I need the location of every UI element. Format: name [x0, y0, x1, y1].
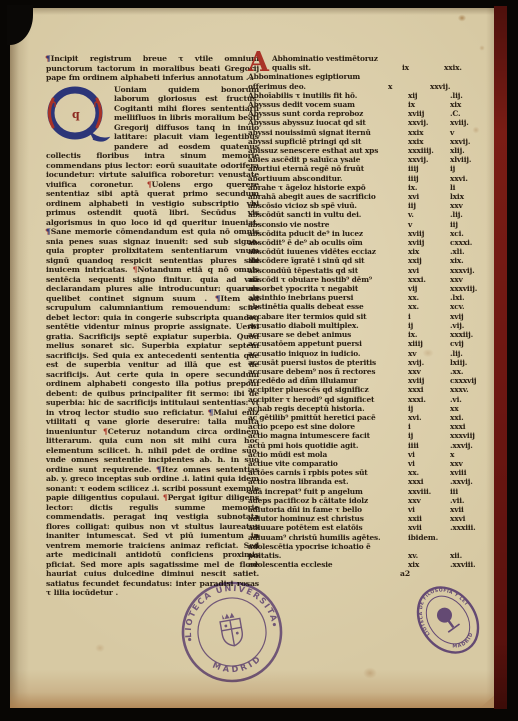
- entry-text: accusatio diaboli multiplex.: [248, 321, 406, 330]
- index-entry: adolescētia ypocrise ichoatio ē puitatis…: [248, 542, 500, 560]
- index-entry: accipiter τ herodi⁹ qd significetxxxi..v…: [248, 395, 500, 404]
- index-entry: actōes carnis ī rpbis potes sūtxx.xviii: [248, 468, 500, 477]
- entry-text: accusare se debet animus: [248, 330, 406, 339]
- index-entry: adeps pacificoz b cāitate idolzxxv.vii.: [248, 496, 500, 505]
- entry-book-number: xxii: [406, 514, 448, 523]
- index-entry: adiutor hominuz est christusxxiixxvi: [248, 514, 500, 523]
- entry-text: actio pcepo est sine dolore: [248, 422, 406, 431]
- index-entry: actio pcepo est sine doloreixxxi: [248, 422, 500, 431]
- entry-book-number: xviij: [406, 238, 448, 247]
- entry-text: Abyssus sunt corda reproboz: [248, 109, 406, 118]
- entry-text: Abyssus abyssuz iuocat qd sit: [248, 118, 406, 127]
- entry-book-number: iiii: [406, 441, 448, 450]
- index-entry: actio magna intumescere facitijxxxviij: [248, 431, 500, 440]
- entry-text: abscōdita pducit de⁹ in lucez: [248, 229, 406, 238]
- entry-book-number: xviij: [406, 229, 448, 238]
- entry-book-number: v: [406, 220, 448, 229]
- index-entry: accusāt puersi iustos de pteritisxvij.lx…: [248, 358, 500, 367]
- entry-text: adolescētia ypocrise ichoatio ē puitatis…: [248, 542, 406, 560]
- initial-q-guide-letter: q: [72, 108, 80, 121]
- entry-text: actū pmi hois quotidie agit.: [248, 441, 406, 450]
- entry-chapter-number: lxiij.: [448, 358, 500, 367]
- entry-text: actōes carnis ī rpbis potes sūt: [248, 468, 406, 477]
- entry-chapter-number: xviii: [448, 468, 500, 477]
- entry-chapter-number: xxv: [448, 275, 500, 284]
- entry-book-number: iiij: [406, 174, 448, 183]
- index-entry: Abhominatio vestimētoruz qualis sit.ixxx…: [248, 54, 500, 72]
- entry-book-number: xxvij.: [406, 118, 448, 127]
- entry-book-number: xx.: [406, 293, 448, 302]
- entry-text: absinthio inebrians puersi: [248, 293, 406, 302]
- entry-text: abissuz senescere esthat aut xps: [248, 146, 406, 155]
- incipit-heading-text: Incipit registrum breue τ vtile omnium p…: [46, 54, 259, 82]
- entry-text: absconsio vie nostre: [248, 220, 406, 229]
- entry-book-number: ibidem.: [406, 533, 448, 542]
- index-entry: accusatio diaboli multiplex.ij.vij.: [248, 321, 500, 330]
- index-entry: accusare se debet animusix.xxxiij.: [248, 330, 500, 339]
- entry-chapter-number: .vij.: [448, 321, 500, 330]
- entry-text: adiuuare potētem est elatōis: [248, 523, 406, 532]
- entry-chapter-number: xviij.: [448, 118, 500, 127]
- entry-text: accusatio iniquoz in iudicio.: [248, 349, 406, 358]
- entry-chapter-number: xxxviij: [448, 431, 500, 440]
- entry-book-number: ix.: [406, 183, 448, 192]
- entry-book-number: xxij: [406, 256, 448, 265]
- entry-chapter-number: xxxi: [448, 422, 500, 431]
- index-entry: adiuuare potētem est elatōisxvii.xxxiii.: [248, 523, 500, 532]
- entry-book-number: xvi.: [406, 413, 448, 422]
- index-entry: abscondūū tēpestatis qd sitxvixxxvij.: [248, 266, 500, 275]
- entry-chapter-number: cxxxvij: [448, 376, 500, 385]
- entry-chapter-number: lxix: [448, 192, 500, 201]
- entry-book-number: xxv: [406, 367, 448, 376]
- entry-text: actio nostra libranda est.: [248, 477, 406, 486]
- entry-chapter-number: xxxiij.: [448, 330, 500, 339]
- entry-chapter-number: xlij.: [448, 146, 500, 155]
- entry-book-number: vi: [406, 505, 448, 514]
- index-entry: abrahā abegit aues de sacrificioxvilxix: [248, 192, 500, 201]
- manuscript-page: ¶Incipit registrum breue τ vtile omnium …: [10, 8, 496, 708]
- entry-book-number: ix: [406, 100, 448, 109]
- entry-chapter-number: iii: [448, 487, 500, 496]
- entry-book-number: ix: [400, 63, 442, 72]
- entry-text: accabare iter termios quid sit: [248, 312, 406, 321]
- entry-chapter-number: x: [448, 450, 500, 459]
- entry-text: Abhominatio vestimētoruz qualis sit.: [248, 54, 400, 72]
- entry-text: abies ascēdit p saluīca ysaie: [248, 155, 406, 164]
- entry-text: adiuuam⁹ christū humilis agētes.: [248, 533, 406, 542]
- entry-text: abscondūū tēpestatis qd sit: [248, 266, 406, 275]
- index-entry: absinthio inebrians puersixx..lxi.: [248, 293, 500, 302]
- index-entry: abscōdūt sancti in vultu dei.v..lij.: [248, 210, 500, 219]
- entry-chapter-number: xix.: [448, 256, 500, 265]
- entry-book-number: xxvij.: [406, 155, 448, 164]
- entry-book-number: xxix: [406, 128, 448, 137]
- entry-chapter-number: .C.: [448, 109, 500, 118]
- entry-chapter-number: .lij.: [448, 91, 500, 100]
- entry-book-number: xxxi: [406, 385, 448, 394]
- book-fore-edge: [494, 6, 507, 709]
- index-entry: Abyssus sunt corda reprobozxviij.C.: [248, 109, 500, 118]
- entry-chapter-number: .vii.: [448, 496, 500, 505]
- entry-text: abrahā abegit aues de sacrificio: [248, 192, 406, 201]
- entry-book-number: vij: [406, 284, 448, 293]
- entry-chapter-number: .lij.: [448, 210, 500, 219]
- entry-book-number: xx.: [406, 302, 448, 311]
- entry-book-number: ij: [406, 321, 448, 330]
- index-entry: abortiuum absconditur.iiijxxvi.: [248, 174, 500, 183]
- entry-text: abyssi supficiē ptringi qd sit: [248, 137, 406, 146]
- entry-chapter-number: xxix.: [442, 63, 494, 72]
- entry-chapter-number: xxvij.: [428, 82, 480, 91]
- entry-chapter-number: xci.: [448, 229, 500, 238]
- entry-text: accipiter pluescēs qd significz: [248, 385, 406, 394]
- index-entry: abscōdit⁹ ē de⁹ ab oculis oīmxviijcxxxi.: [248, 238, 500, 247]
- entry-text: accusatōem appetunt puersi: [248, 339, 406, 348]
- entry-book-number: xxxi: [406, 477, 448, 486]
- stamp-round-coat-of-arms: [219, 612, 244, 648]
- entry-chapter-number: xxxv.: [448, 385, 500, 394]
- index-entry: adiuuam⁹ christū humilis agētes.ibidem.: [248, 533, 500, 542]
- entry-book-number: xviij: [406, 109, 448, 118]
- entry-chapter-number: xx: [448, 404, 500, 413]
- entry-book-number: xvi: [406, 266, 448, 275]
- index-entry: abyssi supficiē ptringi qd sitxxixxxvij.: [248, 137, 500, 146]
- entry-text: abscōdere īgratē i sinū qd sit: [248, 256, 406, 265]
- entry-chapter-number: .xx.: [448, 367, 500, 376]
- entry-text: Abbominationes egiptiorum offerimus deo.: [248, 72, 386, 90]
- entry-book-number: xvi: [406, 192, 448, 201]
- index-entry: adiutoria dñi in fame τ bellovixvii: [248, 505, 500, 514]
- index-column: A a Abhominatio vestimētoruz qualis sit.…: [248, 54, 500, 579]
- entry-text: Abyssus dedit vocem suam: [248, 100, 406, 109]
- entry-chapter-number: .xxvij.: [448, 441, 500, 450]
- entry-text: abscōdūt sancti in vultu dei.: [248, 210, 406, 219]
- entry-text: absorbet ypocrita τ negabit: [248, 284, 406, 293]
- entry-chapter-number: iij: [448, 220, 500, 229]
- entry-book-number: xix: [406, 247, 448, 256]
- entry-book-number: xvii: [406, 523, 448, 532]
- entry-text: abscōsio vicioz sb spē viuū.: [248, 201, 406, 210]
- entry-text: abstinētia qualis debeat esse: [248, 302, 406, 311]
- entry-chapter-number: .xxvij.: [448, 477, 500, 486]
- entry-book-number: iij: [406, 201, 448, 210]
- entry-chapter-number: xxvij.: [448, 137, 500, 146]
- entry-text: abyssi nouissimū signat iternū: [248, 128, 406, 137]
- entry-text: adiutoria dñi in fame τ bello: [248, 505, 406, 514]
- entry-text: adeps pacificoz b cāitate idolz: [248, 496, 406, 505]
- entry-chapter-number: xxi.: [448, 413, 500, 422]
- entry-chapter-number: xvij: [448, 312, 500, 321]
- entry-book-number: v.: [406, 210, 448, 219]
- index-entry: Abhoīabilis τ inutilis fit hō.xij.lij.: [248, 91, 500, 100]
- index-entry: abscōdūt iuuenes vidētes ecciazxix.xli.: [248, 247, 500, 256]
- index-entry: absorbet ypocrita τ negabitvijxxxviij.: [248, 284, 500, 293]
- entry-book-number: xv.: [406, 551, 448, 560]
- incipit-heading: ¶Incipit registrum breue τ vtile omnium …: [46, 54, 259, 83]
- entry-book-number: xxix: [406, 137, 448, 146]
- entry-chapter-number: cvij: [448, 339, 500, 348]
- entry-book-number: xv: [406, 349, 448, 358]
- left-column: ¶Incipit registrum breue τ vtile omnium …: [46, 54, 259, 598]
- entry-chapter-number: xxxviij.: [448, 284, 500, 293]
- entry-chapter-number: .lxi.: [448, 293, 500, 302]
- initial-q-drawing: q: [46, 86, 110, 143]
- index-entry: abscōsio vicioz sb spē viuū.iijxxv: [248, 201, 500, 210]
- entry-chapter-number: .vi.: [448, 395, 500, 404]
- entry-chapter-number: xix: [448, 100, 500, 109]
- entry-text: accusare debem⁹ nos ñ rectores: [248, 367, 406, 376]
- entry-chapter-number: .xli.: [448, 247, 500, 256]
- index-entry: actiue vite comparatiovixxv: [248, 459, 500, 468]
- index-entry: abscōdi τ obuiare hostib⁹ dēm⁹xxxi.xxv: [248, 275, 500, 284]
- index-entry: abscōdita pducit de⁹ in lucezxviijxci.: [248, 229, 500, 238]
- entry-book-number: xij: [406, 91, 448, 100]
- index-entry: abscōdere īgratē i sinū qd sitxxijxix.: [248, 256, 500, 265]
- entry-book-number: xiiij: [406, 339, 448, 348]
- entry-book-number: xxv: [406, 496, 448, 505]
- index-entry: Abyssus abyssuz iuocat qd sitxxvij.xviij…: [248, 118, 500, 127]
- entry-chapter-number: ij: [448, 164, 500, 173]
- index-entry: accedēdo ad dñm illuiamurxviijcxxxvij: [248, 376, 500, 385]
- entry-book-number: ij: [406, 431, 448, 440]
- entry-chapter-number: xxvi: [448, 514, 500, 523]
- library-stamp-round: BIBLIOTECA UNIVERSITARIA MADRID: [167, 567, 297, 697]
- entry-text: Abhoīabilis τ inutilis fit hō.: [248, 91, 406, 100]
- index-entry: abyssi nouissimū signat iternūxxixv: [248, 128, 500, 137]
- entry-chapter-number: xlviij.: [448, 155, 500, 164]
- index-entry: accipiter pluescēs qd significzxxxixxxv.: [248, 385, 500, 394]
- entry-book-number: xxxiiij.: [406, 146, 448, 155]
- entry-text: adiutor hominuz est christus: [248, 514, 406, 523]
- entry-book-number: vi: [406, 459, 448, 468]
- entry-book-number: xxviii.: [406, 487, 448, 496]
- entry-book-number: x: [386, 82, 428, 91]
- entry-text: abscōdūt iuuenes vidētes ecciaz: [248, 247, 406, 256]
- entry-book-number: xviij: [406, 376, 448, 385]
- entry-chapter-number: .lij.: [448, 349, 500, 358]
- index-entry: abortiui eternā regē nō fruūtiiijij: [248, 164, 500, 173]
- entry-chapter-number: xxv: [448, 459, 500, 468]
- index-entry: adā increpat⁹ fuit p angelumxxviii.iii: [248, 487, 500, 496]
- entry-chapter-number: li: [448, 183, 500, 192]
- index-entry: ac gētilib⁹ pmittūt heretici pacēxvi.xxi…: [248, 413, 500, 422]
- entry-book-number: xxxi.: [406, 275, 448, 284]
- index-entry: Abbominationes egiptiorum offerimus deo.…: [248, 72, 500, 90]
- entry-chapter-number: v: [448, 128, 500, 137]
- index-entry: abrahe τ āgeloz historie expōix.li: [248, 183, 500, 192]
- index-entry: abissuz senescere esthat aut xpsxxxiiij.…: [248, 146, 500, 155]
- index-entry: achab regis deceptū historia.ijxx: [248, 404, 500, 413]
- entry-text: adā increpat⁹ fuit p angelum: [248, 487, 406, 496]
- entry-text: ac gētilib⁹ pmittūt heretici pacē: [248, 413, 406, 422]
- index-entry: abies ascēdit p saluīca ysaiexxvij.xlvii…: [248, 155, 500, 164]
- entry-book-number: i: [406, 312, 448, 321]
- index-entry: abstinētia qualis debeat essexx.xcv.: [248, 302, 500, 311]
- entry-chapter-number: xcv.: [448, 302, 500, 311]
- entry-text: abortiui eternā regē nō fruūt: [248, 164, 406, 173]
- entry-text: accipiter τ herodi⁹ qd significet: [248, 395, 406, 404]
- entry-text: abortiuum absconditur.: [248, 174, 406, 183]
- entry-book-number: xx.: [406, 468, 448, 477]
- index-entry: accusatio iniquoz in iudicio.xv.lij.: [248, 349, 500, 358]
- entry-text: accedēdo ad dñm illuiamur: [248, 376, 406, 385]
- entry-book-number: xxxi.: [406, 395, 448, 404]
- entry-book-number: iiij: [406, 164, 448, 173]
- stamp-oval-tree-emblem: [434, 605, 460, 633]
- entry-chapter-number: xvii: [448, 505, 500, 514]
- entry-text: abrahe τ āgeloz historie expō: [248, 183, 406, 192]
- entry-chapter-number: .xxxiii.: [448, 523, 500, 532]
- prologue-text: q Uoniam quidem bonorum laborum gloriosu…: [46, 85, 259, 598]
- entry-chapter-number: xxxvij.: [448, 266, 500, 275]
- entry-chapter-number: xxv: [448, 201, 500, 210]
- entry-book-number: i: [406, 422, 448, 431]
- index-entry: accabare iter termios quid sitixvij: [248, 312, 500, 321]
- entry-book-number: vi: [406, 450, 448, 459]
- index-entry: accusatōem appetunt puersixiiijcvij: [248, 339, 500, 348]
- entry-text: accusāt puersi iustos de pteritis: [248, 358, 406, 367]
- entry-text: actio magna intumescere facit: [248, 431, 406, 440]
- decorated-initial-q: q: [46, 86, 110, 143]
- index-entry: absconsio vie nostreviij: [248, 220, 500, 229]
- index-entry-list: Abhominatio vestimētoruz qualis sit.ixxx…: [248, 54, 500, 569]
- entry-text: abscōdit⁹ ē de⁹ ab oculis oīm: [248, 238, 406, 247]
- entry-book-number: ix.: [406, 330, 448, 339]
- paragraph-text: Item ad scrupulum calumniantium remouend…: [46, 294, 259, 417]
- index-entry: actio mūdi est molavix: [248, 450, 500, 459]
- entry-book-number: xvij.: [406, 358, 448, 367]
- entry-text: abscōdi τ obuiare hostib⁹ dēm⁹: [248, 275, 406, 284]
- index-entry: actio nostra libranda est.xxxi.xxvij.: [248, 477, 500, 486]
- entry-chapter-number: cxxxi.: [448, 238, 500, 247]
- entry-chapter-number: xxvi.: [448, 174, 500, 183]
- index-entry: Abyssus dedit vocem suamixxix: [248, 100, 500, 109]
- entry-text: actio mūdi est mola: [248, 450, 406, 459]
- entry-book-number: ij: [406, 404, 448, 413]
- entry-text: achab regis deceptū historia.: [248, 404, 406, 413]
- index-entry: accusare debem⁹ nos ñ rectoresxxv.xx.: [248, 367, 500, 376]
- entry-text: actiue vite comparatio: [248, 459, 406, 468]
- index-entry: actū pmi hois quotidie agit.iiii.xxvij.: [248, 441, 500, 450]
